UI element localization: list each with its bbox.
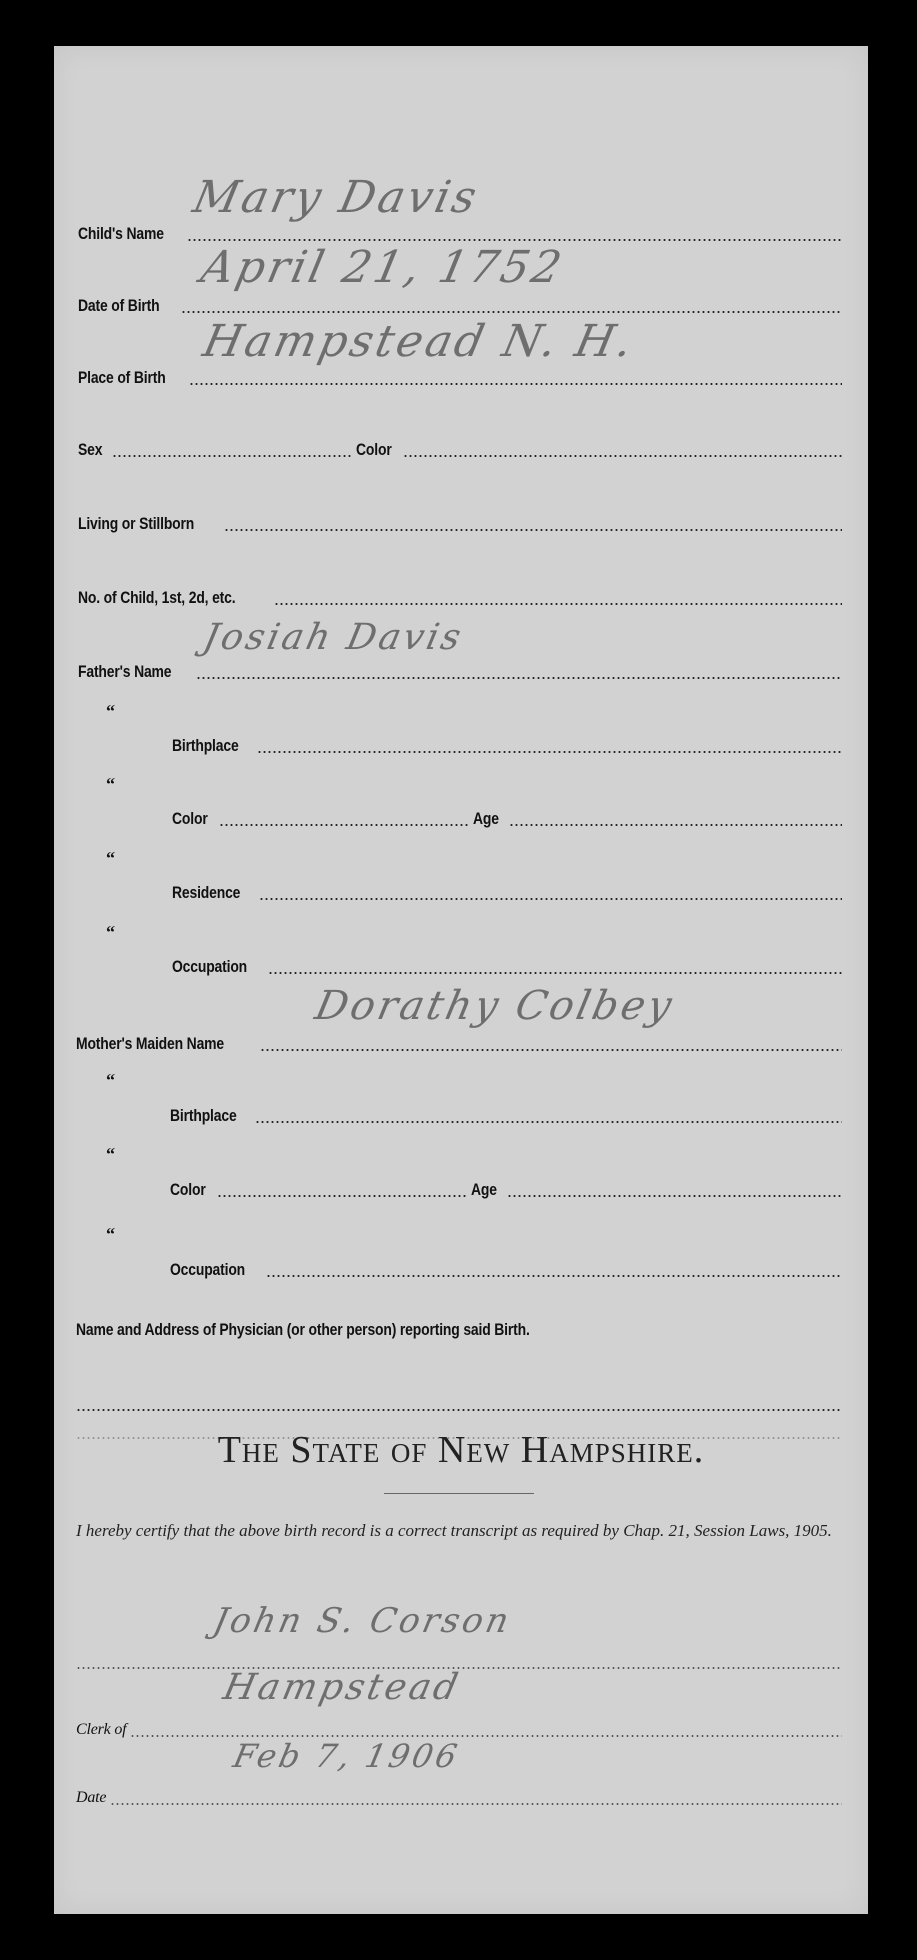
value-signature: John S. Corson <box>210 1604 514 1638</box>
birth-record-card: Child's Name Mary Davis Date of Birth Ap… <box>54 46 868 1914</box>
dotted-line <box>255 1121 842 1123</box>
field-father-residence: Residence <box>172 863 846 903</box>
label-fathers-name: Father's Name <box>78 662 171 682</box>
dotted-line <box>217 1195 467 1197</box>
dotted-line <box>112 455 352 457</box>
field-physician-label: Name and Address of Physician (or other … <box>76 1300 846 1340</box>
field-mother-occupation: Occupation <box>170 1240 846 1280</box>
dotted-line <box>268 972 842 974</box>
dotted-line <box>266 1275 842 1277</box>
value-mothers-maiden-name: Dorathy Colbey <box>312 986 678 1026</box>
field-father-birthplace: Birthplace <box>172 716 846 756</box>
label-living-or-stillborn: Living or Stillborn <box>78 514 194 534</box>
title-rule <box>384 1493 534 1494</box>
field-date: Date <box>76 1768 846 1808</box>
field-father-occupation: Occupation <box>172 937 846 977</box>
ditto-mark: “ <box>106 922 115 943</box>
value-childs-name: Mary Davis <box>189 176 483 220</box>
field-mother-color-age: Color Age <box>170 1160 846 1200</box>
label-color: Color <box>356 440 392 460</box>
field-living-or-stillborn: Living or Stillborn <box>78 494 846 534</box>
dotted-line <box>224 529 842 531</box>
field-mother-birthplace: Birthplace <box>170 1086 846 1126</box>
dotted-line <box>196 677 842 679</box>
field-clerk-of: Clerk of <box>76 1700 846 1740</box>
label-father-color: Color <box>172 809 208 829</box>
label-mother-occupation: Occupation <box>170 1260 245 1280</box>
dotted-line <box>181 311 842 313</box>
dotted-line <box>509 824 842 826</box>
ditto-mark: “ <box>106 1070 115 1091</box>
value-clerk-of: Hampstead <box>220 1670 463 1706</box>
label-childs-name: Child's Name <box>78 224 164 244</box>
dotted-line <box>187 239 842 241</box>
ditto-mark: “ <box>106 848 115 869</box>
label-mother-age: Age <box>471 1180 497 1200</box>
label-father-residence: Residence <box>172 883 240 903</box>
label-physician: Name and Address of Physician (or other … <box>76 1320 530 1340</box>
dotted-line <box>110 1803 842 1805</box>
label-place-of-birth: Place of Birth <box>78 368 166 388</box>
state-title: The State of New Hampshire. <box>54 1428 868 1472</box>
label-no-of-child: No. of Child, 1st, 2d, etc. <box>78 588 235 608</box>
label-father-occupation: Occupation <box>172 957 247 977</box>
dotted-line <box>274 603 842 605</box>
dotted-line <box>189 383 842 385</box>
ditto-mark: “ <box>106 1144 115 1165</box>
field-no-of-child: No. of Child, 1st, 2d, etc. <box>78 568 846 608</box>
ditto-mark: “ <box>106 774 115 795</box>
field-sex-color: Sex Color <box>78 420 846 460</box>
dotted-line <box>403 455 842 457</box>
dotted-line <box>260 1049 842 1051</box>
label-sex: Sex <box>78 440 102 460</box>
field-fathers-name: Father's Name <box>78 642 846 682</box>
dotted-line <box>257 751 842 753</box>
label-mother-birthplace: Birthplace <box>170 1106 237 1126</box>
ditto-mark: “ <box>106 701 115 722</box>
value-fathers-name: Josiah Davis <box>200 620 466 656</box>
dotted-line <box>507 1195 842 1197</box>
label-father-birthplace: Birthplace <box>172 736 239 756</box>
value-date-of-birth: April 21, 1752 <box>197 246 567 290</box>
value-date: Feb 7, 1906 <box>231 1740 463 1772</box>
label-mothers-maiden-name: Mother's Maiden Name <box>76 1034 224 1054</box>
certification-text: I hereby certify that the above birth re… <box>76 1520 846 1542</box>
dotted-line <box>219 824 469 826</box>
label-father-age: Age <box>473 809 499 829</box>
label-date: Date <box>76 1788 106 1808</box>
label-date-of-birth: Date of Birth <box>78 296 160 316</box>
field-father-color-age: Color Age <box>172 789 846 829</box>
label-clerk-of: Clerk of <box>76 1720 126 1740</box>
ditto-mark: “ <box>106 1224 115 1245</box>
dotted-line <box>259 898 842 900</box>
value-place-of-birth: Hampstead N. H. <box>199 320 639 364</box>
label-mother-color: Color <box>170 1180 206 1200</box>
